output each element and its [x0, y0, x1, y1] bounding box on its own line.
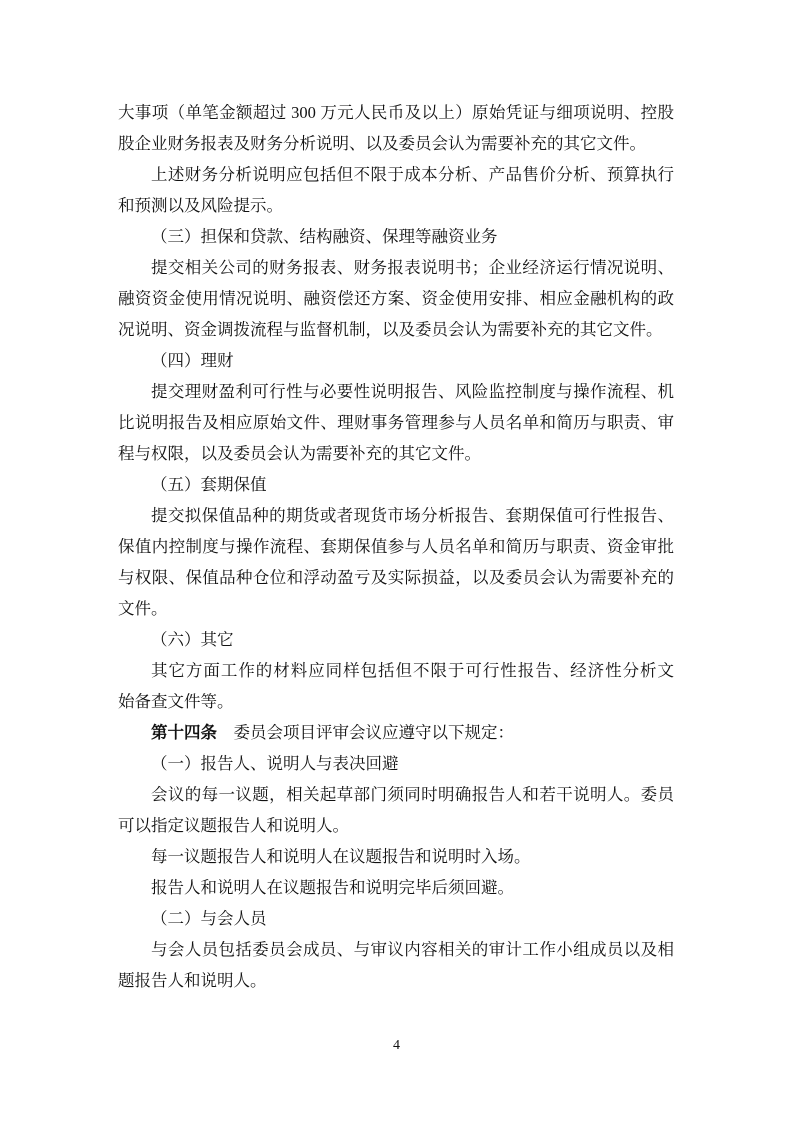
text-line: 上述财务分析说明应包括但不限于成本分析、产品售价分析、预算执行情况: [118, 159, 674, 190]
text-segment: （六）其它: [151, 630, 234, 649]
text-line: 其它方面工作的材料应同样包括但不限于可行性报告、经济性分析文件、原: [118, 655, 674, 686]
text-segment: 其它方面工作的材料应同样包括但不限于可行性报告、经济性分析文件、原: [118, 661, 674, 686]
text-line: 与会人员包括委员会成员、与审议内容相关的审计工作小组成员以及相关议: [118, 934, 674, 965]
text-segment: 上述财务分析说明应包括但不限于成本分析、产品售价分析、预算执行情况: [118, 165, 674, 190]
body-text: 大事项（单笔金额超过 300 万元人民币及以上）原始凭证与细项说明、控股和参股企…: [118, 97, 674, 996]
text-segment: （三）担保和贷款、结构融资、保理等融资业务: [151, 227, 498, 246]
text-line: （二）与会人员: [118, 903, 674, 934]
text-segment: 程与权限，以及委员会认为需要补充的其它文件。: [118, 444, 481, 463]
text-segment: 始备查文件等。: [118, 692, 234, 711]
document-page: 大事项（单笔金额超过 300 万元人民币及以上）原始凭证与细项说明、控股和参股企…: [0, 0, 793, 1122]
text-line: 程与权限，以及委员会认为需要补充的其它文件。: [118, 438, 674, 469]
text-segment: 每一议题报告人和说明人在议题报告和说明时入场。: [151, 847, 531, 866]
text-segment: （四）理财: [151, 351, 234, 370]
text-segment: （二）与会人员: [151, 909, 267, 928]
text-line: 会议的每一议题，相关起草部门须同时明确报告人和若干说明人。委员会也: [118, 779, 674, 810]
text-line: （三）担保和贷款、结构融资、保理等融资业务: [118, 221, 674, 252]
text-segment: 与权限、保值品种仓位和浮动盈亏及实际损益，以及委员会认为需要补充的其它: [118, 568, 674, 593]
text-segment: 可以指定议题报告人和说明人。: [118, 816, 349, 835]
text-segment: 大事项（单笔金额超过 300 万元人民币及以上）原始凭证与细项说明、控股和参: [118, 103, 674, 128]
text-segment: （一）报告人、说明人与表决回避: [151, 754, 399, 773]
text-segment: 委员会项目评审会议应遵守以下规定：: [217, 723, 514, 742]
text-line: 始备查文件等。: [118, 686, 674, 717]
text-segment: 比说明报告及相应原始文件、理财事务管理参与人员名单和简历与职责、审批流: [118, 413, 674, 438]
text-segment: 保值内控制度与操作流程、套期保值参与人员名单和简历与职责、资金审批流程: [118, 537, 674, 562]
text-segment: 文件。: [118, 599, 168, 618]
text-line: 保值内控制度与操作流程、套期保值参与人员名单和简历与职责、资金审批流程: [118, 531, 674, 562]
text-line: 提交相关公司的财务报表、财务报表说明书；企业经济运行情况说明、上次: [118, 252, 674, 283]
text-segment: 提交相关公司的财务报表、财务报表说明书；企业经济运行情况说明、上次: [118, 258, 674, 283]
text-line: 题报告人和说明人。: [118, 965, 674, 996]
text-line: 提交拟保值品种的期货或者现货市场分析报告、套期保值可行性报告、套期: [118, 500, 674, 531]
text-line: 每一议题报告人和说明人在议题报告和说明时入场。: [118, 841, 674, 872]
text-line: （一）报告人、说明人与表决回避: [118, 748, 674, 779]
text-line: 提交理财盈利可行性与必要性说明报告、风险监控制度与操作流程、机构评: [118, 376, 674, 407]
text-line: 与权限、保值品种仓位和浮动盈亏及实际损益，以及委员会认为需要补充的其它: [118, 562, 674, 593]
text-line: 况说明、资金调拨流程与监督机制，以及委员会认为需要补充的其它文件。: [118, 314, 674, 345]
article-number-bold: 第十四条: [151, 723, 217, 742]
text-line: （四）理财: [118, 345, 674, 376]
text-line: 第十四条 委员会项目评审会议应遵守以下规定：: [118, 717, 674, 748]
text-segment: 融资资金使用情况说明、融资偿还方案、资金使用安排、相应金融机构的政策情: [118, 289, 674, 314]
text-line: 融资资金使用情况说明、融资偿还方案、资金使用安排、相应金融机构的政策情: [118, 283, 674, 314]
text-line: 和预测以及风险提示。: [118, 190, 674, 221]
text-line: 可以指定议题报告人和说明人。: [118, 810, 674, 841]
text-segment: 题报告人和说明人。: [118, 971, 267, 990]
text-segment: 提交理财盈利可行性与必要性说明报告、风险监控制度与操作流程、机构评: [118, 382, 674, 407]
text-segment: （五）套期保值: [151, 475, 267, 494]
text-line: 大事项（单笔金额超过 300 万元人民币及以上）原始凭证与细项说明、控股和参: [118, 97, 674, 128]
text-line: （六）其它: [118, 624, 674, 655]
text-segment: 与会人员包括委员会成员、与审议内容相关的审计工作小组成员以及相关议: [118, 940, 674, 965]
page-number: 4: [0, 1037, 793, 1055]
text-segment: 提交拟保值品种的期货或者现货市场分析报告、套期保值可行性报告、套期: [118, 506, 674, 531]
text-line: 文件。: [118, 593, 674, 624]
text-segment: 股企业财务报表及财务分析说明、以及委员会认为需要补充的其它文件。: [118, 134, 646, 153]
text-segment: 况说明、资金调拨流程与监督机制，以及委员会认为需要补充的其它文件。: [118, 320, 663, 339]
text-line: 报告人和说明人在议题报告和说明完毕后须回避。: [118, 872, 674, 903]
text-line: 比说明报告及相应原始文件、理财事务管理参与人员名单和简历与职责、审批流: [118, 407, 674, 438]
text-segment: 会议的每一议题，相关起草部门须同时明确报告人和若干说明人。委员会也: [118, 785, 674, 810]
text-segment: 和预测以及风险提示。: [118, 196, 283, 215]
text-segment: 报告人和说明人在议题报告和说明完毕后须回避。: [151, 878, 514, 897]
text-line: 股企业财务报表及财务分析说明、以及委员会认为需要补充的其它文件。: [118, 128, 674, 159]
text-line: （五）套期保值: [118, 469, 674, 500]
